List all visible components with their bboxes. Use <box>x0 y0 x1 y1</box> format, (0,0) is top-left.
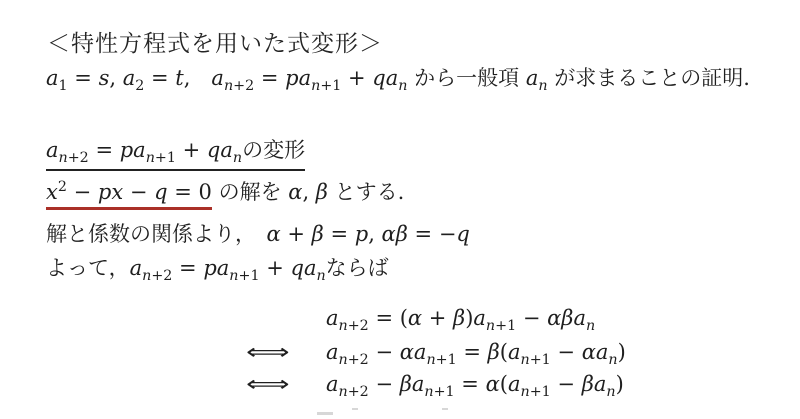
characteristic-equation: x2 − px − q = 0 <box>46 180 212 210</box>
vieta-line: 解と係数の関係より， α + β = p, αβ = −q <box>46 218 470 248</box>
page-title: ＜特性方程式を用いた式変形＞ <box>47 25 383 58</box>
iff-arrow-icon: ⟺ <box>246 372 326 396</box>
derivation-step: an+2 = (α + β)an+1 − αβan <box>246 306 595 330</box>
section-heading: an+2 = pan+1 + qanの変形 <box>46 134 305 171</box>
therefore-line: よって，an+2 = pan+1 + qanならば <box>46 252 389 282</box>
cutoff-line-artifact <box>442 408 448 410</box>
math-note-page: { "colors": { "background": "#ffffff", "… <box>0 0 800 419</box>
cutoff-line-artifact <box>317 412 333 415</box>
equation: an+2 − βan+1 = α(an+1 − βan) <box>326 372 624 396</box>
equation: an+2 = (α + β)an+1 − αβan <box>326 306 595 330</box>
characteristic-equation-line: x2 − px − q = 0 の解を α, β とする. <box>46 176 404 210</box>
cutoff-line-artifact <box>352 408 358 410</box>
equation: an+2 − αan+1 = β(an+1 − αan) <box>326 340 626 364</box>
iff-arrow-icon: ⟺ <box>246 340 326 364</box>
derivation-step: ⟺ an+2 − βan+1 = α(an+1 − βan) <box>246 372 624 396</box>
section-heading-text: an+2 = pan+1 + qanの変形 <box>46 134 305 171</box>
intro-statement: a1 = s, a2 = t, an+2 = pan+1 + qan から一般項… <box>46 62 750 92</box>
characteristic-equation-rest: の解を α, β とする. <box>212 180 404 204</box>
derivation-step: ⟺ an+2 − αan+1 = β(an+1 − αan) <box>246 340 626 364</box>
